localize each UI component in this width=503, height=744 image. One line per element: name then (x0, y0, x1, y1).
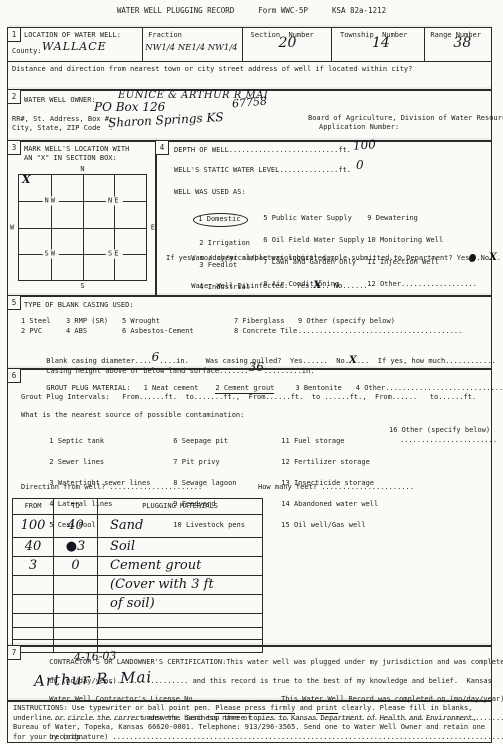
contamination-option: 6 Seepage pit (173, 437, 228, 445)
fraction-value: NW1/4 NE1/4 NW1/4 (145, 44, 237, 53)
grout-material-label: GROUT PLUG MATERIAL: (46, 384, 130, 392)
direction-from-well-label: Direction from well? ...................… (21, 483, 202, 492)
section-3-number: 3 (7, 140, 21, 155)
contamination-option: 12 Fertilizer storage (281, 458, 370, 466)
used-option: 9 Dewatering (367, 214, 418, 222)
section-number-cell: Section Number 20 (243, 28, 332, 61)
grid-label-nw: NW (43, 197, 59, 206)
used-option: 10 Monitoring Well (367, 236, 443, 244)
distance-question: Distance and direction from nearest town… (12, 65, 412, 74)
grid-line (19, 254, 146, 255)
material-value: Sand (110, 518, 143, 533)
contamination-option: 14 Abandoned water well (281, 500, 378, 508)
grout-option: 3 Bentonite (295, 384, 341, 392)
instructions-box: INSTRUCTIONS: Use typewriter or ball poi… (7, 700, 492, 743)
casing-option: 5 Wrought (122, 317, 160, 326)
from-value: 3 (29, 558, 37, 573)
chemical-date-line: If yes, mo/day/yr sample was submitted..… (166, 254, 415, 263)
instructions-mid: and (295, 704, 316, 712)
material-value: of soil) (110, 596, 155, 611)
completed-date-value: 4-16-03 (74, 651, 117, 661)
chemical-tail: . (497, 254, 501, 262)
grout-intervals-line: Grout Plug Intervals: From......ft. to..… (21, 393, 476, 402)
static-level-value: 0 (356, 161, 364, 170)
certification-line-1: CONTRACTOR'S OR LANDOWNER'S CERTIFICATIO… (49, 658, 503, 666)
section-2-number: 2 (7, 89, 21, 104)
grid-line (19, 201, 146, 202)
section-5-number: 5 (7, 295, 21, 310)
pulled-no-x-mark: X (349, 355, 357, 366)
section-box-grid: NW NE SW SE N S W E X (18, 174, 147, 281)
city-label: City, State, ZIP Code : (12, 124, 113, 133)
instructions-underline-1: Please press firmly (215, 704, 295, 714)
form-number: Form WWC-5P (258, 6, 308, 15)
agency-label: Board of Agriculture, Division of Water … (308, 114, 503, 123)
grid-label-south: S (80, 282, 84, 291)
contamination-option: 11 Fuel storage (281, 437, 344, 445)
range-number-cell: Range Number 38 (425, 28, 491, 61)
form-header: WATER WELL PLUGGING RECORD Form WWC-5P K… (0, 6, 503, 15)
form-title: WATER WELL PLUGGING RECORD (117, 6, 234, 15)
disinfected-post: .. No...... (321, 282, 367, 290)
section-3-location-grid: 3 MARK WELL'S LOCATION WITH AN "X" IN SE… (7, 140, 157, 297)
chemical-no-label: .No (476, 254, 489, 262)
table-header-row: FROM TO PLUGGING MATERIALS (13, 499, 262, 514)
instructions-pre: INSTRUCTIONS: Use typewriter or ball poi… (13, 704, 215, 712)
contamination-other-option: 16 Other (specify below) (389, 426, 490, 435)
depth-label: DEPTH OF WELL..........................f… (174, 146, 351, 155)
section-5-casing: 5 TYPE OF BLANK CASING USED: 1 Steel 3 R… (7, 295, 492, 370)
grid-line (19, 228, 146, 229)
casing-other-blank: ....................................... (298, 327, 462, 336)
section-1-location: 1 LOCATION OF WATER WELL: County: WALLAC… (7, 27, 492, 91)
grid-label-sw: SW (43, 249, 59, 258)
contamination-option: 7 Pit privy (173, 458, 219, 466)
range-number-value: 38 (453, 39, 471, 48)
materials-header: PLUGGING MATERIALS (98, 499, 262, 514)
grid-title-line1: MARK WELL'S LOCATION WITH (24, 145, 129, 154)
instructions-text: INSTRUCTIONS: Use typewriter or ball poi… (8, 701, 491, 744)
fraction-label: Fraction (148, 31, 182, 40)
disinfected-label: Water Well Disinfected: Yes. (191, 282, 313, 290)
grout-option: 4 Other............................. (356, 384, 503, 392)
casing-option: 8 Concrete Tile (234, 327, 297, 336)
table-row: 3 0 Cement grout (13, 556, 262, 575)
depth-value: 100 (353, 140, 376, 151)
county-cell: 1 LOCATION OF WATER WELL: County: WALLAC… (8, 28, 143, 61)
contamination-other-blank: ....................... (400, 436, 497, 445)
contamination-option: 1 Septic tank (49, 437, 104, 445)
table-row: 100 40 Sand (13, 514, 262, 537)
signature-value: Arthur R. Mai (34, 673, 152, 686)
section-1-title: LOCATION OF WATER WELL: (24, 31, 121, 40)
used-as-label: WELL WAS USED AS: (174, 188, 246, 197)
casing-option: 4 ABS (66, 327, 87, 336)
grout-option: 1 Neat cement (144, 384, 199, 392)
section-2-owner: 2 WATER WELL OWNER: EUNICE & ARTHUR R MA… (7, 89, 492, 142)
table-row: (Cover with 3 ft (13, 575, 262, 594)
fraction-cell: Fraction NW1/4 NE1/4 NW1/4 (143, 28, 242, 61)
casing-option: 7 Fiberglass (234, 317, 285, 326)
zip-value: 67758 (232, 96, 268, 108)
used-option: 5 Public Water Supply (263, 214, 352, 222)
well-location-x-mark: X (22, 175, 31, 184)
county-label: County: (12, 47, 42, 56)
to-header: TO (54, 499, 98, 514)
casing-option: 2 PVC (21, 327, 42, 336)
casing-option: 3 RMP (SR) (66, 317, 108, 326)
to-value: 0 (71, 558, 79, 573)
section-6-number: 6 (7, 368, 21, 383)
plugging-materials-table: FROM TO PLUGGING MATERIALS 100 40 Sand 4… (12, 498, 263, 653)
casing-option: 6 Asbestos-Cement (122, 327, 194, 336)
location-row: 1 LOCATION OF WATER WELL: County: WALLAC… (8, 28, 491, 62)
contamination-option: 2 Sewer lines (49, 458, 104, 466)
address-label: RR#, St. Address, Box #: (12, 115, 113, 124)
table-row: of soil) (13, 594, 262, 613)
table-row (13, 627, 262, 639)
section-6-grout-plug: 6 GROUT PLUG MATERIAL:1 Neat cement2 Cem… (7, 368, 492, 647)
application-number-label: Application Number: (319, 123, 399, 132)
section-7-number: 7 (7, 645, 21, 660)
contamination-option: 15 Oil well/Gas well (281, 521, 365, 529)
city-value: Sharon Springs KS (108, 113, 224, 128)
table-row (13, 613, 262, 627)
to-value: 40 (67, 518, 84, 533)
owner-label: WATER WELL OWNER: (24, 96, 96, 105)
used-option: 12 Other.................. (367, 280, 477, 288)
section-4-well-info: 4 DEPTH OF WELL.........................… (155, 140, 492, 297)
table-row: 40 ●3 Soil (13, 537, 262, 556)
section-number-value: 20 (279, 39, 297, 48)
from-value: 100 (21, 518, 46, 533)
grid-label-north: N (80, 165, 84, 174)
instructions-underline-2: print (316, 704, 337, 714)
section-7-certification: 7 CONTRACTOR'S OR LANDOWNER'S CERTIFICAT… (7, 645, 492, 702)
chemical-no-x-mark: X (489, 252, 497, 263)
from-header: FROM (13, 499, 54, 514)
grid-label-ne: NE (106, 197, 122, 206)
grid-title-line2: AN "X" IN SECTION BOX: (24, 154, 117, 163)
material-value: (Cover with 3 ft (110, 577, 214, 592)
static-level-label: WELL'S STATIC WATER LEVEL..............f… (174, 166, 351, 175)
county-value: WALLACE (42, 42, 107, 51)
used-option: 1 Domestic (198, 215, 240, 223)
section-1-number: 1 (7, 27, 21, 42)
water-well-plugging-record-form: WATER WELL PLUGGING RECORD Form WWC-5P K… (0, 0, 503, 744)
grid-label-se: SE (106, 249, 122, 258)
address-value: PO Box 126 (94, 103, 165, 112)
contamination-question: What is the nearest source of possible c… (21, 411, 244, 420)
township-number-value: 14 (372, 39, 390, 48)
how-many-feet-label: How many feet? ...................... (258, 483, 414, 492)
material-value: Soil (110, 539, 135, 554)
how-much-label: ... If yes, how much............ (357, 357, 496, 365)
statute-number: KSA 82a-1212 (332, 6, 386, 15)
township-number-cell: Township Number 14 (332, 28, 425, 61)
section-5-title: TYPE OF BLANK CASING USED: (24, 301, 134, 310)
material-value: Cement grout (110, 558, 201, 573)
casing-option: 1 Steel (21, 317, 51, 326)
grid-label-west: W (10, 223, 14, 232)
section-4-number: 4 (155, 140, 169, 155)
from-value: 40 (25, 539, 42, 554)
to-value: ●3 (66, 539, 86, 554)
casing-option: 9 Other (specify below) (298, 317, 395, 326)
